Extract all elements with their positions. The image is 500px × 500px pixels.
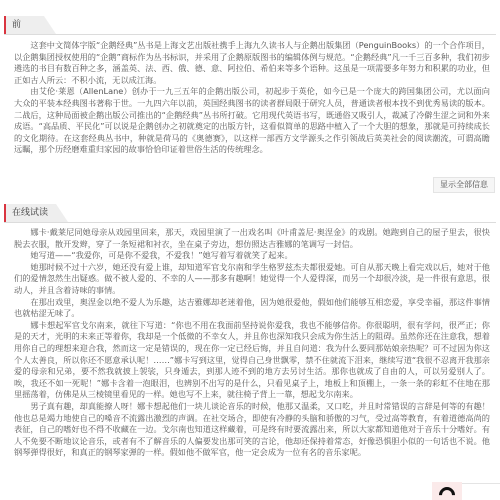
reading-paragraph: 娜卡想起军官戈尔南来，就往下写道：“你也不用在我面前坚持说你爱我，我也不能够信你… bbox=[14, 320, 490, 401]
online-reading-section-header: 在线试读 bbox=[4, 204, 496, 223]
online-reading-title: 在线试读 bbox=[4, 204, 68, 222]
divider bbox=[462, 483, 500, 484]
reading-paragraph: 她写道——“我爱你，可是你不爱我，不爱我！”她写着写着就笑了起来。 bbox=[14, 250, 490, 262]
preface-paragraph: 由艾伦·莱恩（AllenLane）创办于一九三五年的企鹅出版公司，初起步于英伦，… bbox=[14, 86, 490, 156]
reading-paragraph: 男子真有趣，却真能撩人呀！娜卡想起他们一块儿谈论音乐的时候，他那又温柔，又口吃，… bbox=[14, 401, 490, 459]
reading-paragraph: 在那出戏里，奥涅金以绝不爱人为乐趣，达吉雅娜却老迷着他，因为她很爱他，假如他们能… bbox=[14, 297, 490, 320]
preface-body: 这套中文简体字版“企鹅经典”丛书是上海文艺出版社携手上海九久读书人与企鹅出版集团… bbox=[14, 40, 490, 156]
online-reading-body: 娜卡·戴莱尼同她母亲从戏园里回来，那天，戏园里演了一出戏名叫《叶甫盖尼·奥涅金》… bbox=[14, 227, 490, 459]
preface-title: 前 言 bbox=[4, 16, 56, 34]
preface-paragraph: 这套中文简体字版“企鹅经典”丛书是上海文艺出版社携手上海九久读书人与企鹅出版集团… bbox=[14, 40, 490, 86]
show-all-info-button[interactable]: 显示全部信息 bbox=[433, 177, 495, 193]
preface-section-header: 前 言 bbox=[4, 16, 496, 35]
reading-paragraph: 她那时候不过十六岁，她还没有爱上谁，却知道军官戈尔南和学生格罗兹杰夫都很爱她。可… bbox=[14, 262, 490, 297]
reading-paragraph: 娜卡·戴莱尼同她母亲从戏园里回来，那天，戏园里演了一出戏名叫《叶甫盖尼·奥涅金》… bbox=[14, 227, 490, 250]
partial-next-section bbox=[430, 482, 500, 500]
